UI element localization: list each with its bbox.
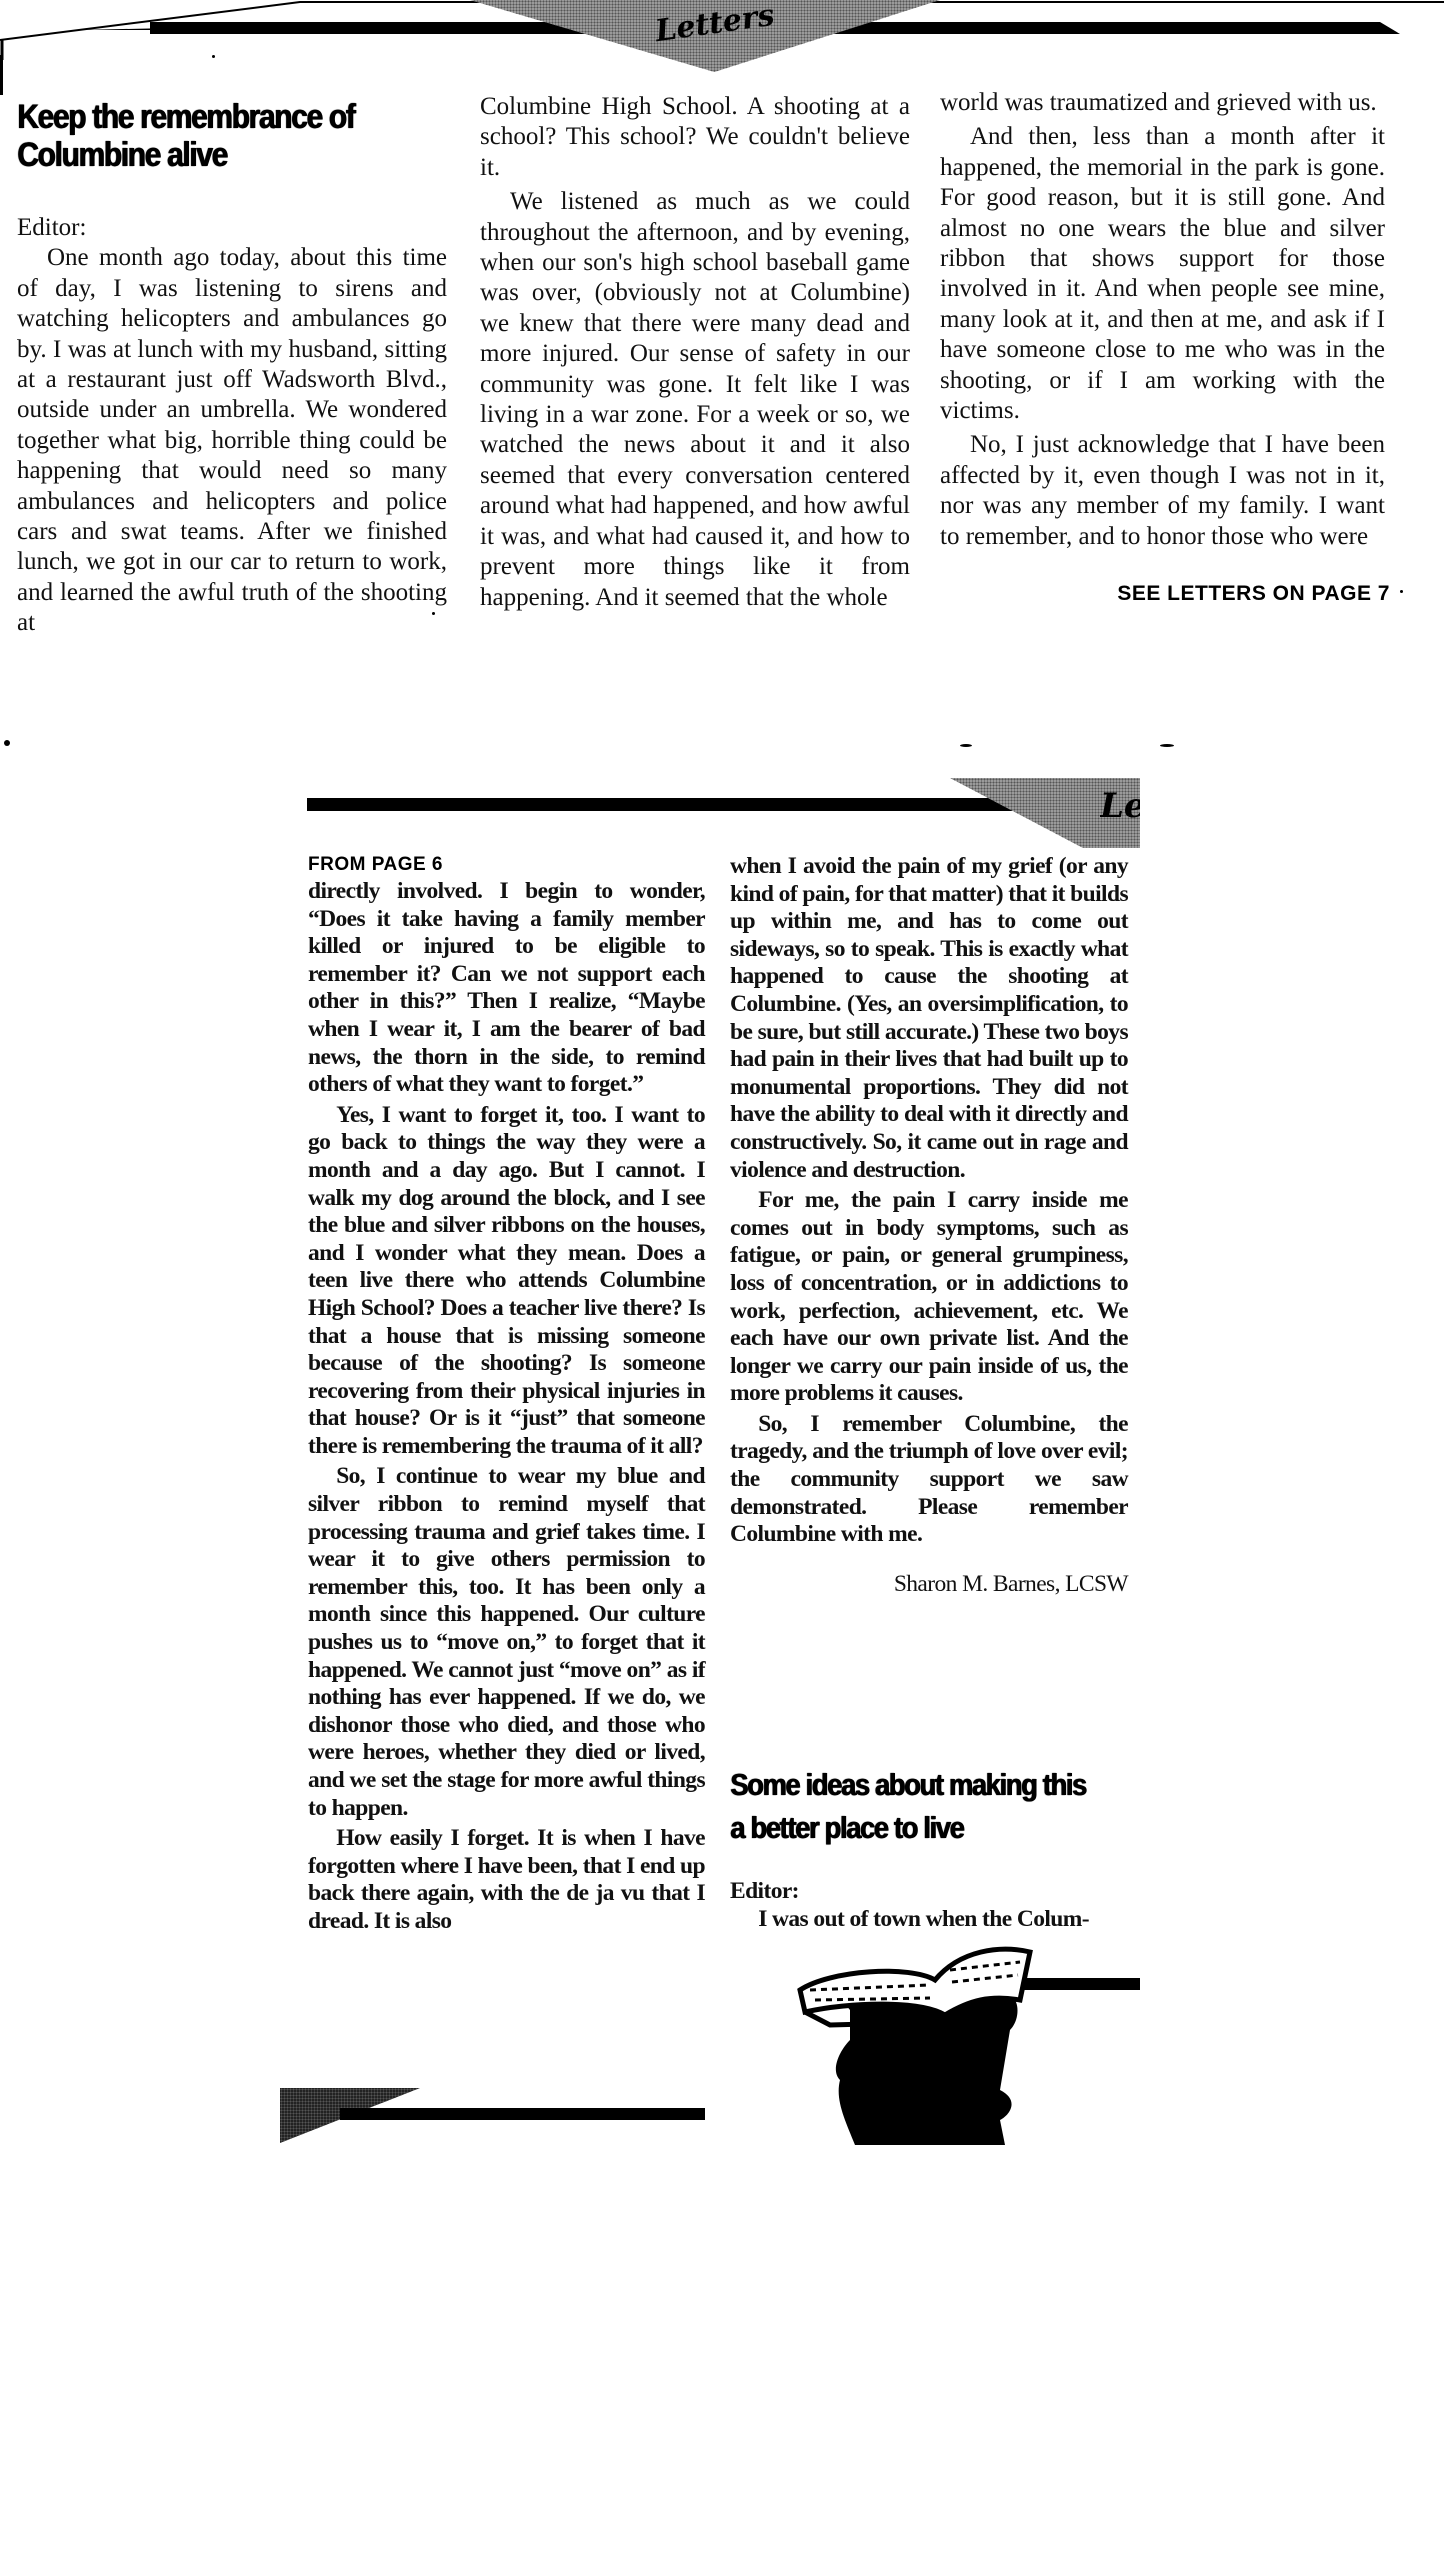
headline-line-2: Columbine alive <box>17 136 422 174</box>
paragraph: I was out of town when the Colum- <box>730 1906 1128 1934</box>
paragraph: Columbine High School. A shooting at a s… <box>480 92 910 183</box>
paragraph: So, I continue to wear my blue and silve… <box>308 1463 705 1822</box>
article-column-2: when I avoid the pain of my grief (or an… <box>730 853 1128 1598</box>
second-headline: Some ideas about making this a better pl… <box>730 1763 1144 1849</box>
paragraph: For me, the pain I carry inside me comes… <box>730 1187 1128 1408</box>
paragraph: We listened as much as we could througho… <box>480 187 910 613</box>
article-column-3: world was traumatized and grieved with u… <box>940 88 1385 552</box>
paragraph: One month ago today, about this time of … <box>17 243 447 638</box>
paragraph: Yes, I want to forget it, too. I want to… <box>308 1102 705 1461</box>
paragraph: No, I just acknowledge that I have been … <box>940 430 1385 552</box>
salutation: Editor: <box>17 213 447 243</box>
article-column-1: directly involved. I begin to wonder, “D… <box>308 878 705 1936</box>
article-column-1: Editor: One month ago today, about this … <box>17 213 447 639</box>
second-letter-body: Editor: I was out of town when the Colum… <box>730 1878 1128 1933</box>
section-label: Letters <box>1100 786 1140 826</box>
clipping-bottom: Letters FROM PAGE 6 directly involved. I… <box>280 770 1140 2150</box>
salutation: Editor: <box>730 1878 1128 1906</box>
paragraph: directly involved. I begin to wonder, “D… <box>308 878 705 1099</box>
clipping-top: Letters Keep the remembrance of Columbin… <box>0 0 1444 700</box>
paragraph: So, I remember Columbine, the tragedy, a… <box>730 1411 1128 1549</box>
headline: Keep the remembrance of Columbine alive <box>17 98 422 174</box>
signature: Sharon M. Barnes, LCSW <box>730 1571 1128 1599</box>
article-column-2: Columbine High School. A shooting at a s… <box>480 92 910 613</box>
section-label-text: Letters <box>1100 786 1140 826</box>
paragraph: How easily I forget. It is when I have f… <box>308 1825 705 1935</box>
paragraph: And then, less than a month after it hap… <box>940 122 1385 426</box>
headline-line-2: a better place to live <box>730 1806 1144 1849</box>
footer-rule <box>340 2108 705 2120</box>
paragraph: world was traumatized and grieved with u… <box>940 88 1385 118</box>
jump-from[interactable]: FROM PAGE 6 <box>308 854 443 876</box>
headline-line-1: Some ideas about making this <box>730 1763 1144 1806</box>
headline-line-1: Keep the remembrance of <box>17 98 422 136</box>
jump-line[interactable]: SEE LETTERS ON PAGE 7 <box>1090 582 1390 606</box>
header-rule <box>307 798 1047 811</box>
left-edge-line <box>0 55 3 95</box>
head-with-open-book-icon <box>770 1940 1140 2150</box>
paragraph: when I avoid the pain of my grief (or an… <box>730 853 1128 1184</box>
